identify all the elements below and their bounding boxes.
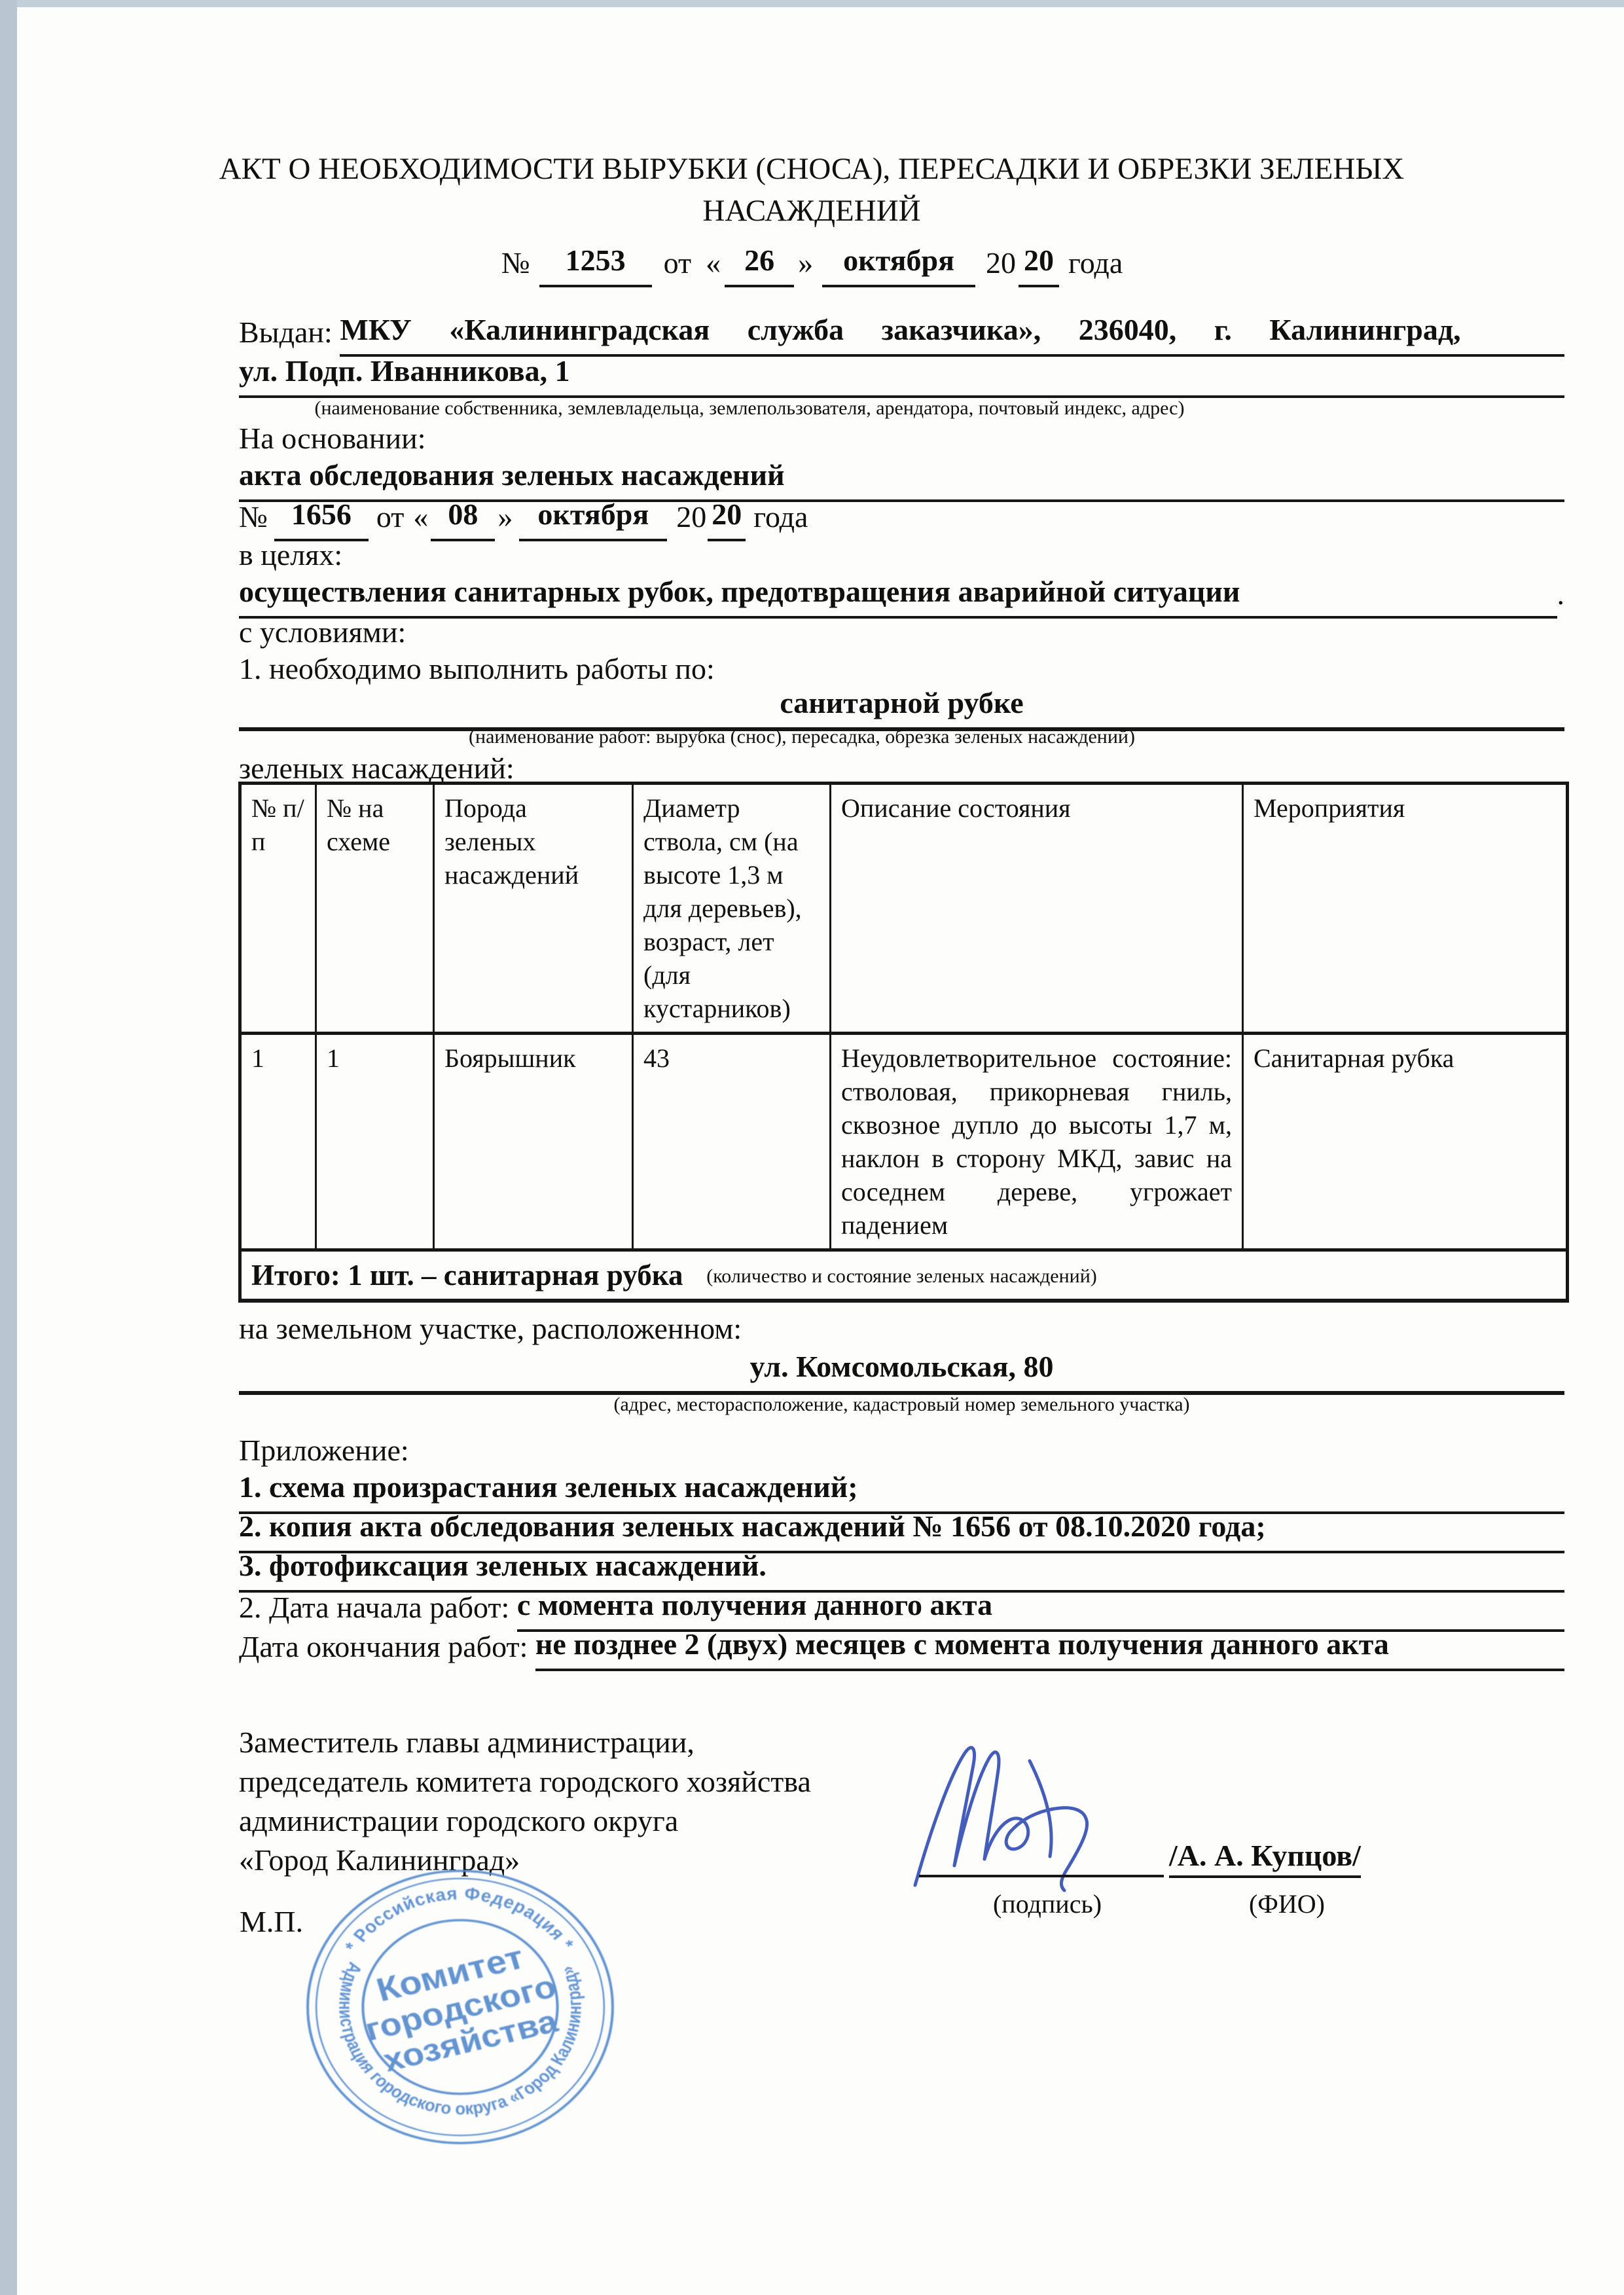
table-header-row: № п/п № на схеме Порода зеленых насажден… — [240, 784, 1568, 1034]
cell-num: 1 — [240, 1034, 316, 1250]
cell-action: Санитарная рубка — [1243, 1034, 1568, 1250]
act-year-word: года — [1059, 244, 1123, 287]
act-year-prefix: 20 — [975, 244, 1019, 287]
table-row: 1 1 Боярышник 43 Неудовлетворительное со… — [240, 1034, 1568, 1250]
issued-value: МКУ «Калининградская служба заказчика», … — [340, 310, 1460, 357]
header-species: Порода зеленых насаждений — [434, 784, 633, 1034]
document-page: АКТ О НЕОБХОДИМОСТИ ВЫРУБКИ (СНОСА), ПЕР… — [0, 0, 1624, 2295]
appendix-label: Приложение: — [239, 1431, 409, 1470]
location-line: ул. Комсомольская, 80 — [239, 1347, 1564, 1395]
table-caption: (количество и состояние зеленых насажден… — [239, 1265, 1564, 1288]
basis-month-value: октября — [519, 495, 667, 541]
basis-number-line: № 1656 от « 08 » октября 20 20 года — [239, 495, 1564, 541]
basis-number-value: 1656 — [274, 495, 369, 541]
issued-caption: (наименование собственника, землевладель… — [239, 397, 1260, 420]
signer-name: /А. А. Купцов/ — [1169, 1838, 1361, 1878]
purpose-value: осуществления санитарных рубок, предотвр… — [239, 572, 1240, 619]
title-line-2: НАСАЖДЕНИЙ — [118, 190, 1506, 232]
underline-filler — [1389, 1663, 1564, 1671]
issued-label: Выдан: — [239, 313, 340, 357]
official-round-stamp: * Российская Федерация * Администрация г… — [296, 1860, 624, 2154]
work-type-caption: (наименование работ: вырубка (снос), пер… — [239, 725, 1365, 749]
basis-day-value: 08 — [431, 495, 495, 541]
stamp-place-label: М.П. — [240, 1902, 303, 1942]
underline-filler — [1240, 611, 1557, 619]
header-scheme-num: № на схеме — [316, 784, 434, 1034]
quote-close: » — [495, 497, 519, 541]
act-number-value: 1253 — [539, 241, 652, 287]
cell-scheme-num: 1 — [316, 1034, 434, 1250]
basis-year-word: года — [746, 497, 808, 541]
date-end-value: не позднее 2 (двух) месяцев с момента по… — [535, 1625, 1389, 1671]
basis-year-value: 20 — [708, 495, 746, 541]
location-label: на земельном участке, расположенном: — [239, 1309, 742, 1348]
handwritten-signature — [895, 1736, 1210, 1896]
signature-underline — [919, 1875, 1164, 1877]
cell-species: Боярышник — [434, 1034, 633, 1250]
signer-position-3: администрации городского округа — [239, 1801, 678, 1841]
quote-open: « — [410, 497, 431, 541]
date-end-line: Дата окончания работ: не позднее 2 (двух… — [239, 1625, 1564, 1671]
conditions-label: с условиями: — [239, 613, 406, 652]
act-number-line: № 1253 от « 26 » октября 20 20 года — [0, 241, 1624, 287]
issued-line-1: Выдан: МКУ «Калининградская служба заказ… — [239, 310, 1564, 357]
header-action: Мероприятия — [1243, 784, 1568, 1034]
scan-edge-top — [0, 0, 1624, 7]
scan-edge-left — [0, 0, 17, 2295]
cell-diameter: 43 — [633, 1034, 831, 1250]
purpose-label: в целях: — [239, 535, 342, 575]
header-num: № п/п — [240, 784, 316, 1034]
quote-open: « — [702, 244, 725, 287]
name-caption: (ФИО) — [1215, 1889, 1359, 1919]
signer-position-2: председатель комитета городского хозяйст… — [239, 1762, 811, 1801]
work-item-label: 1. необходимо выполнить работы по: — [239, 649, 715, 689]
issued-line-2: ул. Подп. Иванникова, 1 — [239, 352, 1564, 398]
basis-ot: от — [369, 497, 411, 541]
signature-caption: (подпись) — [962, 1889, 1132, 1919]
issued-value-2: ул. Подп. Иванникова, 1 — [239, 352, 570, 398]
location-caption: (адрес, месторасположение, кадастровый н… — [239, 1393, 1564, 1417]
signer-position-1: Заместитель главы администрации, — [239, 1723, 695, 1762]
number-sign: № — [239, 497, 274, 541]
basis-year-prefix: 20 — [667, 497, 708, 541]
header-condition: Описание состояния — [831, 784, 1243, 1034]
work-type-value: санитарной рубке — [767, 683, 1036, 731]
page-title: АКТ О НЕОБХОДИМОСТИ ВЫРУБКИ (СНОСА), ПЕР… — [118, 148, 1506, 232]
trailing-dot: . — [1557, 575, 1565, 619]
header-diameter: Диаметр ствола, см (на высоте 1,3 м для … — [633, 784, 831, 1034]
title-line-1: АКТ О НЕОБХОДИМОСТИ ВЫРУБКИ (СНОСА), ПЕР… — [118, 148, 1506, 190]
work-type-line: санитарной рубке — [239, 683, 1564, 731]
act-day-value: 26 — [725, 241, 794, 287]
plantings-table: № п/п № на схеме Порода зеленых насажден… — [238, 782, 1569, 1303]
cell-condition: Неудовлетворительное состояние: стволова… — [831, 1034, 1243, 1250]
location-value: ул. Комсомольская, 80 — [736, 1347, 1066, 1395]
date-end-label: Дата окончания работ: — [239, 1627, 535, 1671]
basis-label: На основании: — [239, 419, 1564, 458]
quote-close: » — [794, 244, 822, 287]
number-sign: № — [501, 244, 539, 287]
act-month-value: октября — [822, 241, 975, 287]
purpose-line: осуществления санитарных рубок, предотвр… — [239, 572, 1564, 619]
act-year-value: 20 — [1019, 241, 1059, 287]
act-ot: от — [652, 244, 702, 287]
